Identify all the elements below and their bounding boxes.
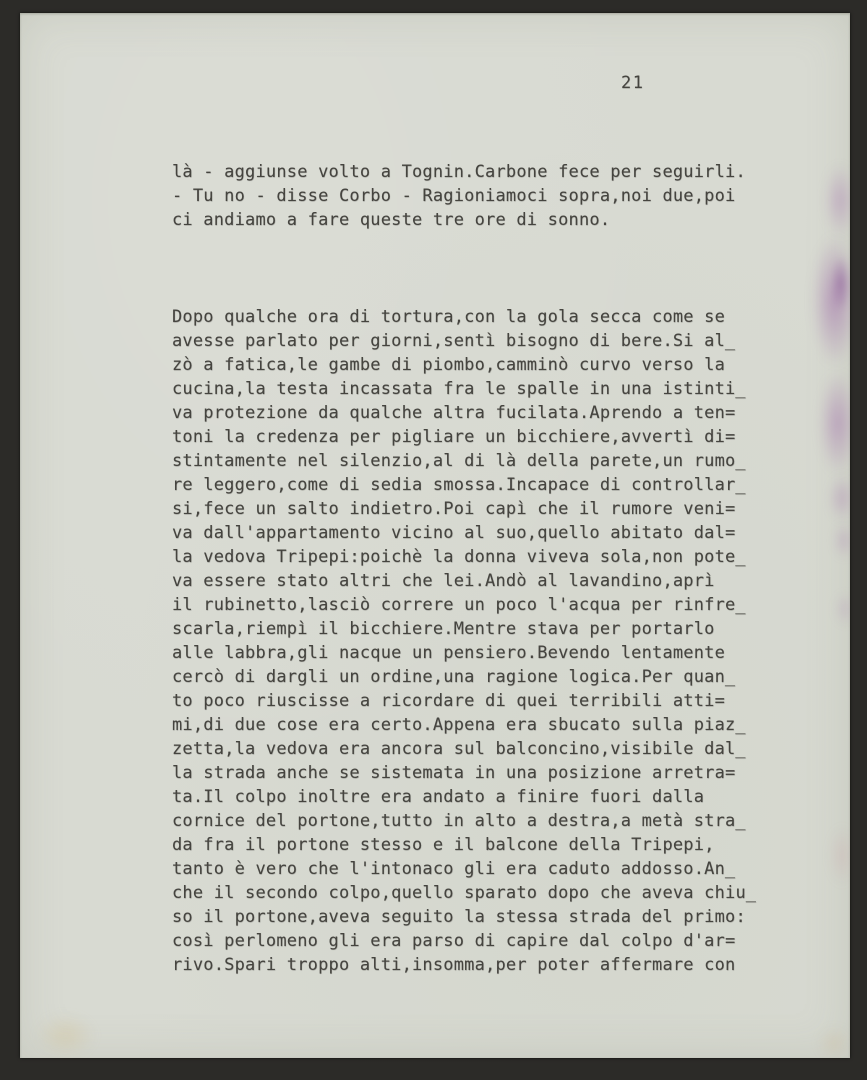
text-line: - Tu no - disse Corbo - Ragioniamoci sop… (172, 184, 746, 208)
purple-ink-stain (806, 218, 850, 383)
text-line: re leggero,come di sedia smossa.Incapace… (172, 473, 756, 497)
text-line: cornice del portone,tutto in alto a dest… (172, 809, 756, 833)
text-line: da fra il portone stesso e il balcone de… (172, 833, 756, 857)
text-line: mi,di due cose era certo.Appena era sbuc… (172, 713, 756, 737)
text-line: cucina,la testa incassata fra le spalle … (172, 377, 756, 401)
text-line: tanto è vero che l'intonaco gli era cadu… (172, 857, 756, 881)
text-line: stintamente nel silenzio,al di là della … (172, 449, 756, 473)
pink-smudge-stain (826, 818, 850, 893)
yellow-age-stain (28, 1008, 103, 1058)
text-line: ci andiamo a fare queste tre ore di sonn… (172, 208, 746, 232)
page-number: 21 (621, 71, 644, 95)
text-line: la strada anche se sistemata in una posi… (172, 761, 756, 785)
text-line: Dopo qualche ora di tortura,con la gola … (172, 305, 756, 329)
text-line: avesse parlato per giorni,sentì bisogno … (172, 329, 756, 353)
scan-background: 21 là - aggiunse volto a Tognin.Carbone … (0, 0, 867, 1080)
text-line: cercò di dargli un ordine,una ragione lo… (172, 665, 756, 689)
purple-ink-stain (834, 588, 850, 630)
text-line: va essere stato altri che lei.Andò al la… (172, 569, 756, 593)
text-line: scarla,riempì il bicchiere.Mentre stava … (172, 617, 756, 641)
purple-ink-stain (826, 468, 850, 528)
text-line: so il portone,aveva seguito la stessa st… (172, 905, 756, 929)
purple-ink-stain (814, 358, 850, 488)
purple-ink-stain (828, 248, 850, 318)
paragraph-block-main: Dopo qualche ora di tortura,con la gola … (172, 305, 756, 977)
text-line: là - aggiunse volto a Tognin.Carbone fec… (172, 160, 746, 184)
text-line: alle labbra,gli nacque un pensiero.Beven… (172, 641, 756, 665)
text-line: la vedova Tripepi:poichè la donna viveva… (172, 545, 756, 569)
text-line: va dall'appartamento vicino al suo,quell… (172, 521, 756, 545)
text-line: si,fece un salto indietro.Poi capì che i… (172, 497, 756, 521)
purple-ink-stain (820, 153, 850, 248)
text-line: to poco riuscisse a ricordare di quei te… (172, 689, 756, 713)
manuscript-page: 21 là - aggiunse volto a Tognin.Carbone … (20, 13, 850, 1058)
text-line: toni la credenza per pigliare un bicchie… (172, 425, 756, 449)
text-line: zò a fatica,le gambe di piombo,camminò c… (172, 353, 756, 377)
yellow-age-stain (814, 1023, 850, 1058)
text-line: zetta,la vedova era ancora sul balconcin… (172, 737, 756, 761)
text-line: così perlomeno gli era parso di capire d… (172, 929, 756, 953)
text-line: che il secondo colpo,quello sparato dopo… (172, 881, 756, 905)
text-line: ta.Il colpo inoltre era andato a finire … (172, 785, 756, 809)
purple-ink-stain (832, 518, 850, 563)
text-line: rivo.Spari troppo alti,insomma,per poter… (172, 953, 756, 977)
text-line: il rubinetto,lasciò correre un poco l'ac… (172, 593, 756, 617)
text-line: va protezione da qualche altra fucilata.… (172, 401, 756, 425)
paragraph-block-dialogue: là - aggiunse volto a Tognin.Carbone fec… (172, 160, 746, 232)
